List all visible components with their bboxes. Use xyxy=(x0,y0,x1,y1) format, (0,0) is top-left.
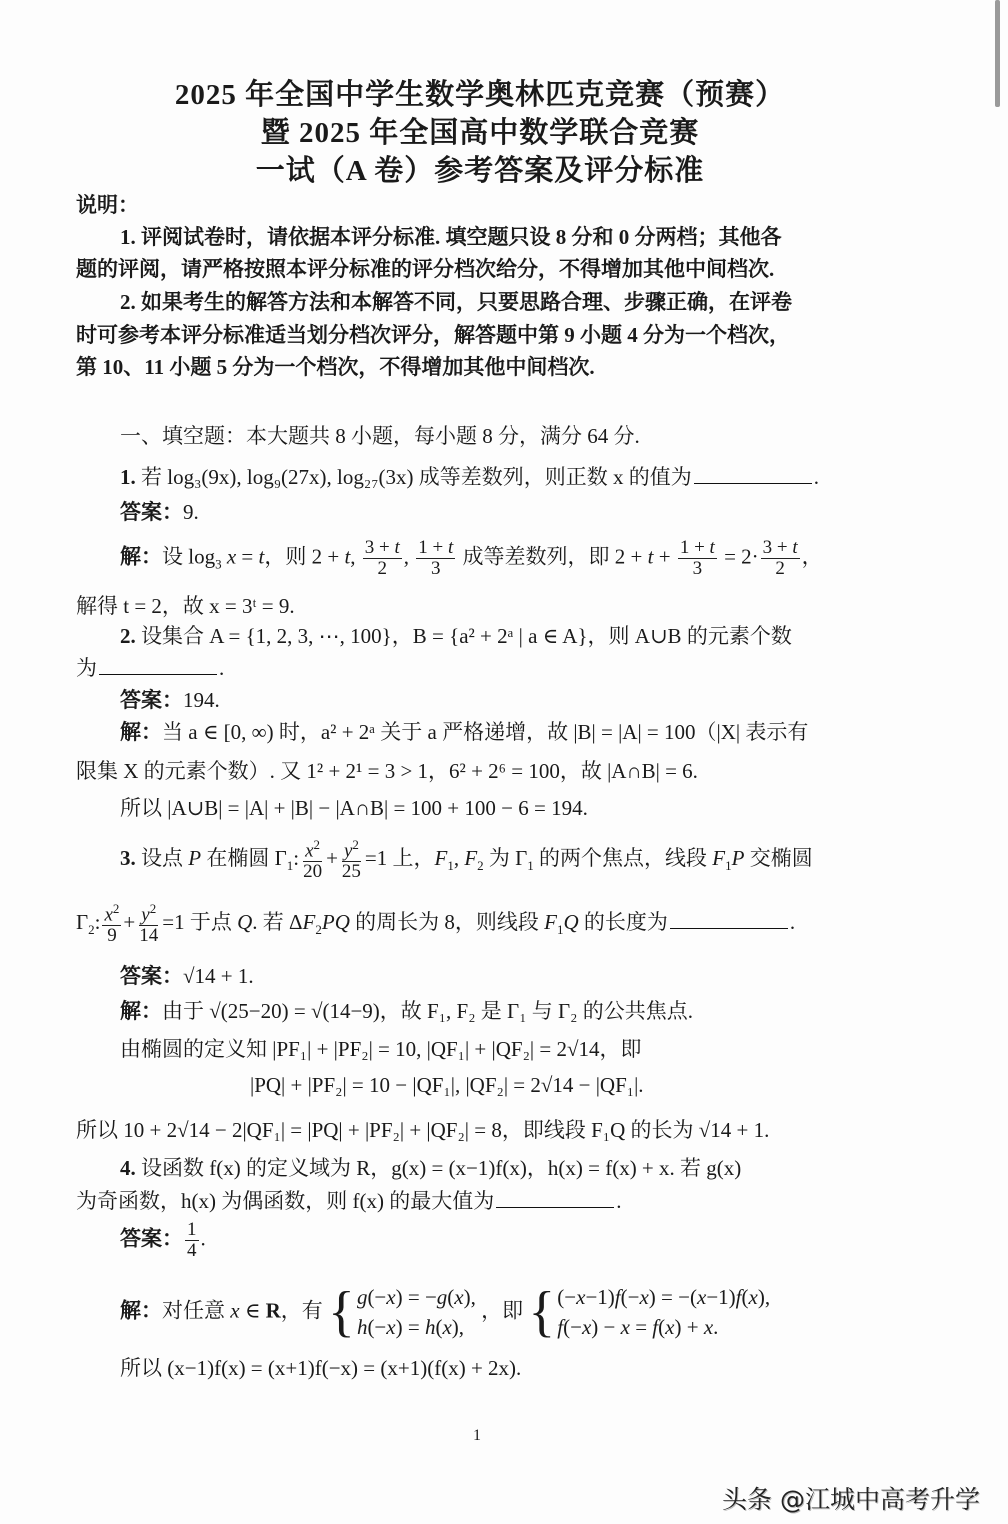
title-line-3: 一试（A 卷）参考答案及评分标准 xyxy=(0,148,960,189)
problem-2-solution-line-1: 解：当 a ∈ [0, ∞) 时，a² + 2ᵃ 关于 a 严格递增，故 |B|… xyxy=(120,716,808,746)
note-2-line-1: 2. 如果考生的解答方法和本解答不同，只要思路合理、步骤正确，在评卷 xyxy=(120,286,792,316)
problem-2-solution-line-3: 所以 |A∪B| = |A| + |B| − |A∩B| = 100 + 100… xyxy=(120,792,588,822)
section-heading: 一、填空题：本大题共 8 小题，每小题 8 分，满分 64 分. xyxy=(120,420,640,450)
problem-4-solution-line-2: 所以 (x−1)f(x) = (x+1)f(−x) = (x+1)(f(x) +… xyxy=(120,1352,521,1382)
problem-2-answer: 答案：194. xyxy=(120,684,220,714)
title-line-1: 2025 年全国中学生数学奥林匹克竞赛（预赛） xyxy=(0,72,960,113)
problem-2-solution-line-2: 限集 X 的元素个数）. 又 1² + 2¹ = 3 > 1，6² + 2⁶ =… xyxy=(76,755,698,785)
problem-4-question-line-1: 4. 设函数 f(x) 的定义域为 R，g(x) = (x−1)f(x)，h(x… xyxy=(120,1152,741,1182)
notes-label: 说明： xyxy=(76,189,139,219)
answer-blank xyxy=(670,927,788,929)
system-of-equations-1: { g(−x) = −g(x),h(−x) = h(x), xyxy=(328,1282,476,1343)
problem-1-question: 1. 若 log₃(9x), log₉(27x), log₂₇(3x) 成等差数… xyxy=(120,461,819,491)
answer-blank xyxy=(496,1206,614,1208)
problem-4-solution-line-1: 解：对任意 x ∈ R，有 { g(−x) = −g(x),h(−x) = h(… xyxy=(120,1282,770,1343)
problem-4-answer: 答案：14. xyxy=(120,1220,206,1261)
problem-3-solution-line-2: 由椭圆的定义知 |PF₁| + |PF₂| = 10, |QF₁| + |QF₂… xyxy=(120,1033,641,1063)
problem-3-question-line-2: Γ2:x29+y214=1 于点 Q. 若 ΔF2PQ 的周长为 8，则线段 F… xyxy=(76,902,795,946)
problem-4-question-line-2: 为奇函数，h(x) 为偶函数，则 f(x) 的最大值为. xyxy=(76,1185,621,1215)
watermark: 头条 @江城中高考升学 xyxy=(722,1480,980,1516)
system-of-equations-2: { (−x−1)f(−x) = −(x−1)f(x),f(−x) − x = f… xyxy=(528,1282,770,1343)
title-line-2: 暨 2025 年全国高中数学联合竞赛 xyxy=(0,110,960,151)
problem-2-question-line-1: 2. 设集合 A = {1, 2, 3, ⋯, 100}，B = {a² + 2… xyxy=(120,620,792,650)
answer-blank xyxy=(694,482,812,484)
problem-3-question-line-1: 3. 设点 P 在椭圆 Γ1:x220+y225=1 上，F1, F2 为 Γ1… xyxy=(120,838,813,882)
problem-1-solution-line-2: 解得 t = 2，故 x = 3ᵗ = 9. xyxy=(76,590,295,620)
answer-blank xyxy=(99,673,217,675)
note-2-line-3: 第 10、11 小题 5 分为一个档次，不得增加其他中间档次. xyxy=(76,351,595,381)
problem-3-solution-line-1: 解：由于 √(25−20) = √(14−9)，故 F₁, F₂ 是 Γ₁ 与 … xyxy=(120,995,693,1025)
problem-1-solution-line-1: 解：设 log3 x = t，则 2 + t, 3 + t2, 1 + t3 成… xyxy=(120,538,823,579)
document-page: 2025 年全国中学生数学奥林匹克竞赛（预赛） 暨 2025 年全国高中数学联合… xyxy=(0,0,1008,1524)
note-1-line-2: 题的评阅，请严格按照本评分标准的评分档次给分，不得增加其他中间档次. xyxy=(76,253,774,283)
problem-3-solution-line-3: |PQ| + |PF₂| = 10 − |QF₁|, |QF₂| = 2√14 … xyxy=(250,1073,644,1098)
note-2-line-2: 时可参考本评分标准适当划分档次评分，解答题中第 9 小题 4 分为一个档次， xyxy=(76,319,790,349)
note-1-line-1: 1. 评阅试卷时，请依据本评分标准. 填空题只设 8 分和 0 分两档；其他各 xyxy=(120,221,782,251)
page-number: 1 xyxy=(473,1427,481,1445)
problem-3-solution-line-4: 所以 10 + 2√14 − 2|QF₁| = |PQ| + |PF₂| + |… xyxy=(76,1114,769,1144)
problem-1-answer: 答案：9. xyxy=(120,496,199,526)
problem-2-question-line-2: 为. xyxy=(76,652,224,682)
problem-3-answer: 答案：√14 + 1. xyxy=(120,960,254,990)
